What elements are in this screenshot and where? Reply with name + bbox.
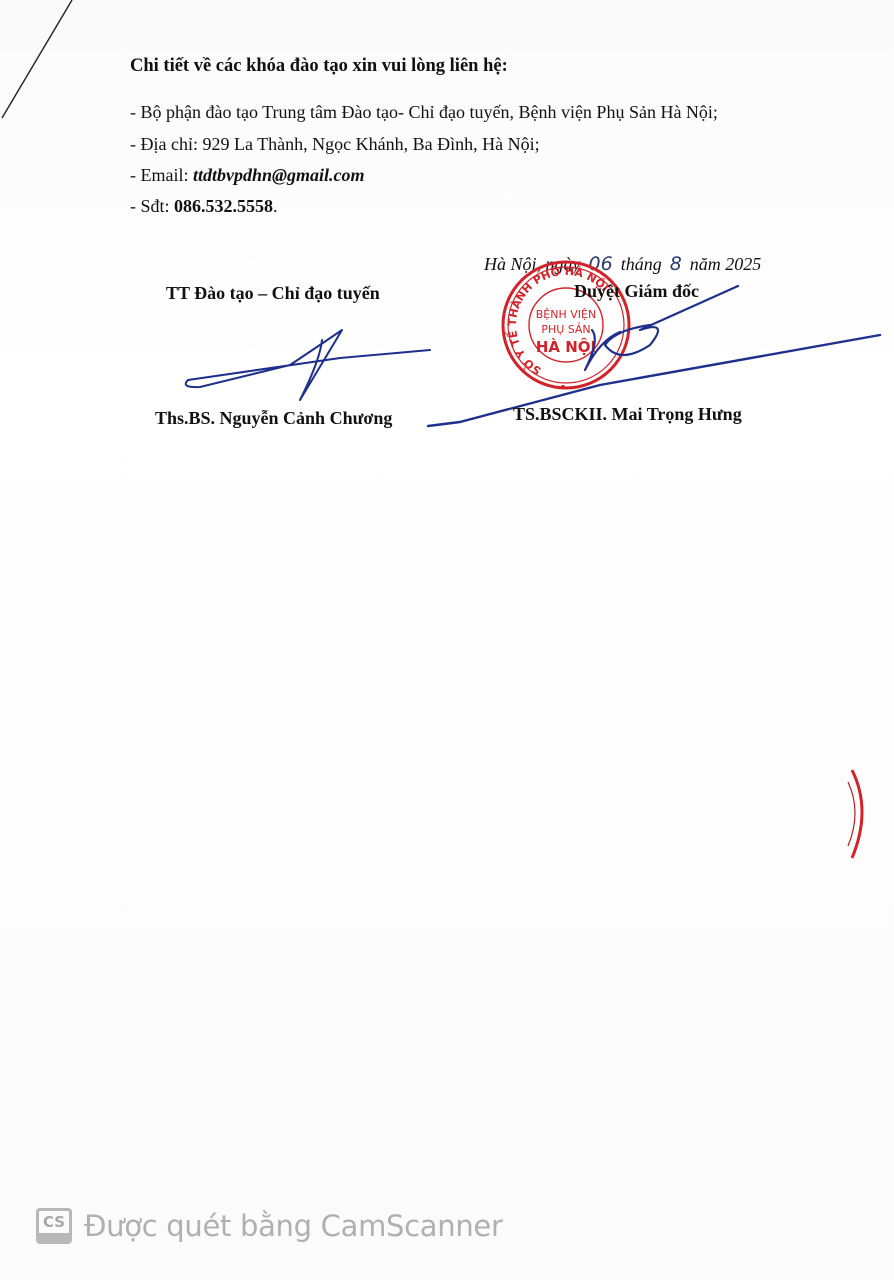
date-month-label: tháng	[621, 254, 662, 274]
date-year: năm 2025	[690, 254, 762, 274]
watermark-text: Được quét bằng CamScanner	[84, 1209, 503, 1243]
date-day: 06	[589, 253, 613, 275]
left-signatory-title: TT Đào tạo – Chỉ đạo tuyến	[166, 283, 380, 304]
contact-heading: Chi tiết về các khóa đào tạo xin vui lòn…	[130, 56, 508, 77]
date-line: Hà Nội, ngày06tháng8năm 2025	[484, 253, 761, 275]
email-link[interactable]: ttdtbvpdhn@gmail.com	[193, 165, 364, 185]
email-label: - Email:	[130, 165, 193, 185]
contact-department: - Bộ phận đào tạo Trung tâm Đào tạo- Chỉ…	[130, 102, 718, 123]
contact-phone: - Sđt: 086.532.5558.	[130, 196, 278, 217]
camscanner-watermark: CS Được quét bằng CamScanner	[36, 1208, 503, 1244]
date-month: 8	[670, 253, 682, 275]
contact-address: - Địa chỉ: 929 La Thành, Ngọc Khánh, Ba …	[130, 134, 540, 155]
date-prefix: Hà Nội, ngày	[484, 254, 581, 274]
right-signatory-name: TS.BSCKII. Mai Trọng Hưng	[513, 404, 742, 425]
scanned-page	[0, 0, 894, 1280]
phone-number: 086.532.5558	[174, 196, 273, 216]
left-signatory-name: Ths.BS. Nguyễn Cảnh Chương	[155, 408, 392, 429]
phone-label: - Sđt:	[130, 196, 174, 216]
contact-email: - Email: ttdtbvpdhn@gmail.com	[130, 165, 364, 186]
right-signatory-title: Duyệt Giám đốc	[574, 281, 699, 302]
camscanner-logo-icon: CS	[36, 1208, 72, 1244]
